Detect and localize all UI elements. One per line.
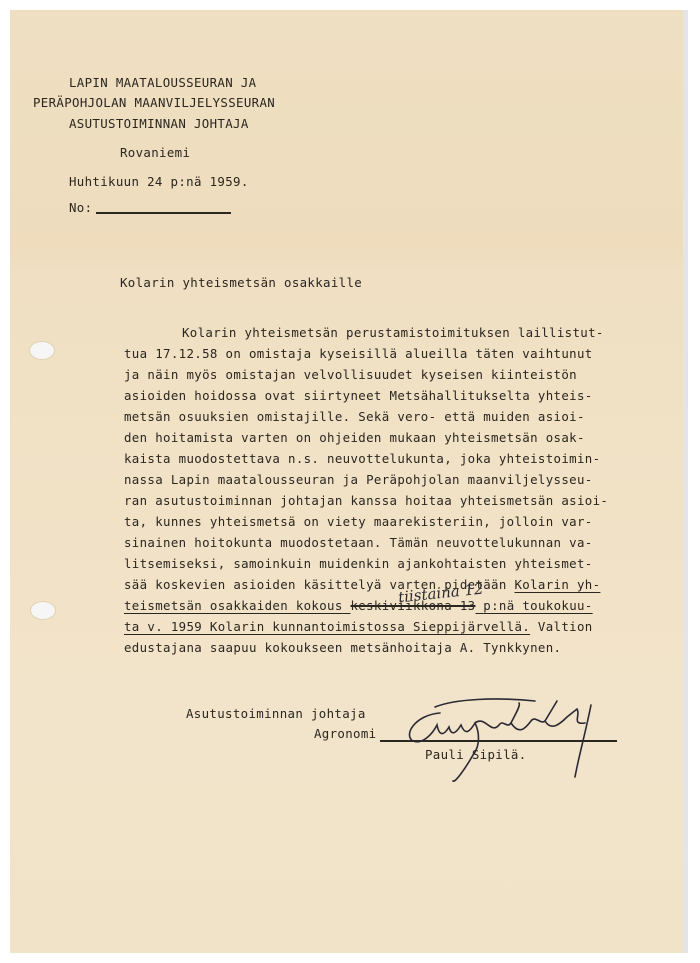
body-line: sää koskevien asioiden käsittelyä varten… [124,578,600,592]
scan-edge [683,10,688,953]
body-line: ta v. 1959 Kolarin kunnantoimistossa Sie… [124,620,593,634]
salutation: Kolarin yhteismetsän osakkaille [120,276,362,290]
body-line: sinainen hoitokunta muodostetaan. Tämän … [124,536,593,550]
signature-title: Asutustoiminnan johtaja [186,707,366,721]
body-line: teismetsän osakkaiden kokous keskiviikko… [124,599,593,613]
letterhead-line: ASUTUSTOIMINNAN JOHTAJA [69,117,249,131]
underlined-text: p:nä toukokuu- [483,598,592,613]
body-line: ran asutustoiminnan johtajan kanssa hoit… [124,494,608,508]
body-line: asioiden hoidossa ovat siirtyneet Metsäh… [124,389,593,403]
body-line: edustajana saapuu kokoukseen metsänhoita… [124,641,561,655]
underlined-text: ta v. 1959 Kolarin kunnantoimistossa Sie… [124,619,530,634]
handwritten-signature-icon [395,695,625,785]
date: Huhtikuun 24 p:nä 1959. [69,175,249,189]
signature-role: Agronomi [314,727,376,741]
body-line: ta, kunnes yhteismetsä on viety maarekis… [124,515,593,529]
letterhead-line: PERÄPOHJOLAN MAANVILJELYSSEURAN [33,96,275,110]
body-text: Valtion [530,619,592,634]
body-line: ja näin myös omistajan velvollisuudet ky… [124,368,577,382]
body-line: metsän osuuksien omistajille. Sekä vero-… [124,410,585,424]
reference-number-line [96,212,231,214]
letterhead-line: LAPIN MAATALOUSSEURAN JA [69,76,256,90]
body-line: tua 17.12.58 on omistaja kyseisillä alue… [124,347,593,361]
punch-hole [30,342,54,359]
underlined-text: teismetsän osakkaiden kokous [124,598,343,613]
body-line: litsemiseksi, samoinkuin muidenkin ajank… [124,557,593,571]
punch-hole [31,602,55,619]
underlined-text: Kolarin yh- [515,577,601,592]
body-line: kaista muodostettava n.s. neuvottelukunt… [124,452,600,466]
body-line: Kolarin yhteismetsän perustamistoimituks… [182,326,604,340]
body-line: den hoitamista varten on ohjeiden mukaan… [124,431,585,445]
place: Rovaniemi [120,146,190,160]
body-line: nassa Lapin maatalousseuran ja Peräpohjo… [124,473,593,487]
reference-number-label: No: [69,201,92,215]
